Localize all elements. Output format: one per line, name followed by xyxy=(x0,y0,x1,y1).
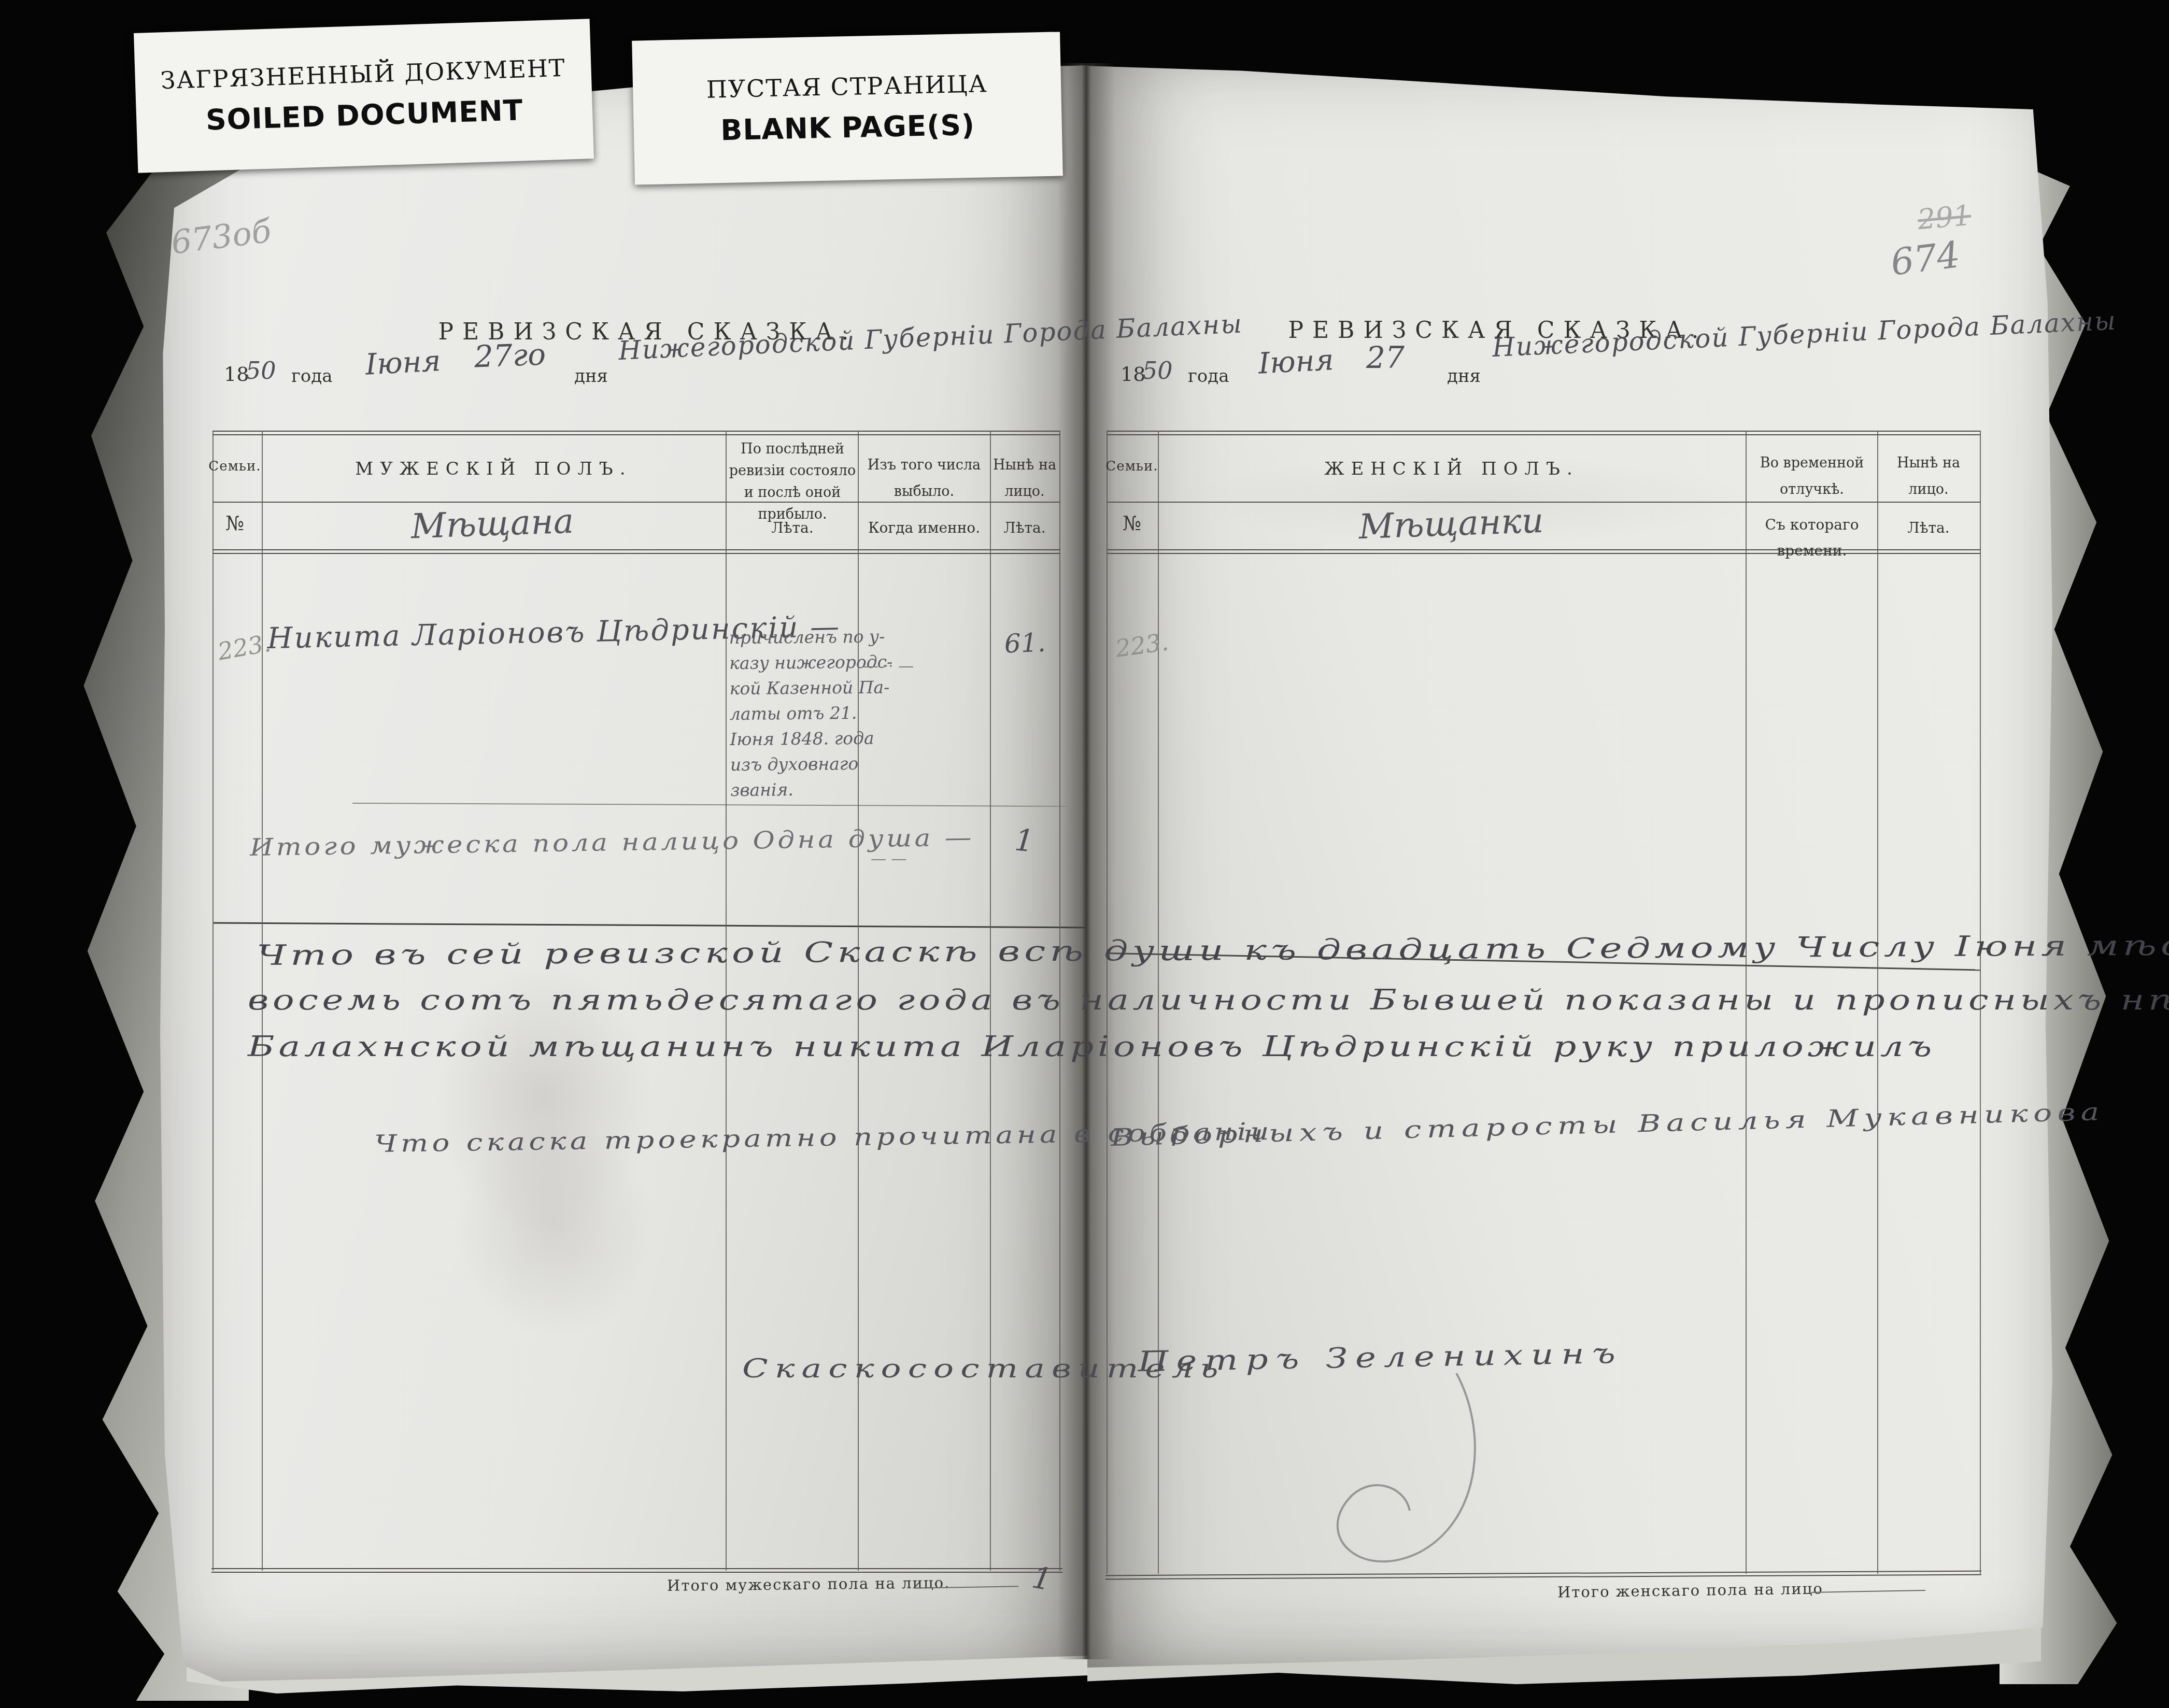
row-note-line: латы отъ 21. xyxy=(730,700,859,727)
attestation-line-2: восемь сотъ пятьдесятаго года въ налично… xyxy=(248,984,2169,1016)
row-note-line: причисленъ по у- xyxy=(729,624,859,650)
subtotal-value: 1 xyxy=(1013,822,1036,859)
right-col-absence-sub: Съ котораго времени. xyxy=(1748,512,1876,564)
row-note-line: Іюня 1848. года xyxy=(730,725,859,752)
left-col-present-header: Нынѣ на лицо. xyxy=(991,452,1058,505)
folio-number-right: 674 xyxy=(1889,233,1963,284)
blank-page-stamp: ПУСТАЯ СТРАНИЦА BLANK PAGE(S) xyxy=(632,32,1063,184)
table-column-line xyxy=(212,431,214,1571)
page-left-verso xyxy=(155,62,1088,1682)
attestation-line-3: Балахнской мѣщанинъ никита Иларіоновъ Цѣ… xyxy=(248,1030,1936,1063)
left-col-lastrevision-sub: Лѣта. xyxy=(728,519,857,536)
table-rule xyxy=(212,431,1060,435)
signature-flourish xyxy=(1301,1368,1519,1575)
table-rule xyxy=(1107,431,1980,435)
blank-stamp-russian: ПУСТАЯ СТРАНИЦА xyxy=(706,69,988,103)
right-col-absence-header: Во временной отлучкѣ. xyxy=(1748,450,1876,503)
row-note-line: званія. xyxy=(730,776,860,803)
right-footer-label: Итого женскаго пола на лицо xyxy=(1557,1579,1823,1601)
folio-number-old-crossed: 291 xyxy=(1916,199,1972,236)
soiled-stamp-russian: ЗАГРЯЗНЕННЫЙ ДОКУМЕНТ xyxy=(160,54,566,95)
row-age: 61. xyxy=(1004,628,1046,659)
left-col-departed-header: Изъ того числа выбыло. xyxy=(859,452,989,505)
right-date-year: 50 xyxy=(1142,357,1173,385)
row-note: причисленъ по у- казу нижегородс- кой Ка… xyxy=(729,624,860,803)
right-date-month: Іюня xyxy=(1257,343,1335,381)
left-col-departed-sub: Когда именно. xyxy=(859,519,989,536)
left-date-day: 27го xyxy=(474,337,546,375)
left-col-lastrevision-header: По послѣдней ревизіи состояло и послѣ он… xyxy=(728,438,857,525)
left-col-family-header: Семьи. xyxy=(206,459,263,474)
right-col-sex-header: ЖЕНСКІЙ ПОЛЪ. xyxy=(1158,459,1746,479)
subtotal-marks: — — xyxy=(871,850,907,868)
table-rule xyxy=(211,1568,1062,1573)
left-footer-label: Итого мужескаго пола на лицо. xyxy=(667,1574,951,1595)
right-col-present-sub: Лѣта. xyxy=(1878,519,1979,536)
left-date-month: Іюня xyxy=(364,344,442,382)
right-date-day-word: дня xyxy=(1447,366,1481,387)
row-note-line: изъ духовнаго xyxy=(730,751,860,777)
archival-scan: 673об 291 674 РЕВИЗСКАЯ СКАЗКА. 18 50 го… xyxy=(0,0,2169,1708)
left-date-year: 50 xyxy=(246,357,276,385)
left-date-day-word: дня xyxy=(574,366,608,387)
left-date-year-word: года xyxy=(291,366,333,387)
left-col-familyno-header: № xyxy=(206,512,263,535)
page-right-recto xyxy=(1087,61,2052,1668)
soiled-document-stamp: ЗАГРЯЗНЕННЫЙ ДОКУМЕНТ SOILED DOCUMENT xyxy=(134,19,594,173)
right-col-family-header: Семьи. xyxy=(1101,459,1163,474)
row-departed-marks: — ·· — xyxy=(863,657,914,675)
table-rule xyxy=(212,549,1060,554)
right-date-year-word: года xyxy=(1188,366,1229,387)
left-col-present-sub: Лѣта. xyxy=(991,519,1058,536)
right-col-familyno-header: № xyxy=(1101,512,1163,535)
soiled-stamp-english: SOILED DOCUMENT xyxy=(205,93,523,136)
row-note-line: казу нижегородс- xyxy=(729,649,859,676)
blank-stamp-english: BLANK PAGE(S) xyxy=(720,108,975,147)
left-col-sex-header: МУЖЕСКІЙ ПОЛЪ. xyxy=(262,459,726,479)
row-note-line: кой Казенной Па- xyxy=(729,675,859,701)
right-col-present-header: Нынѣ на лицо. xyxy=(1878,450,1979,503)
right-date-day: 27 xyxy=(1366,340,1405,375)
